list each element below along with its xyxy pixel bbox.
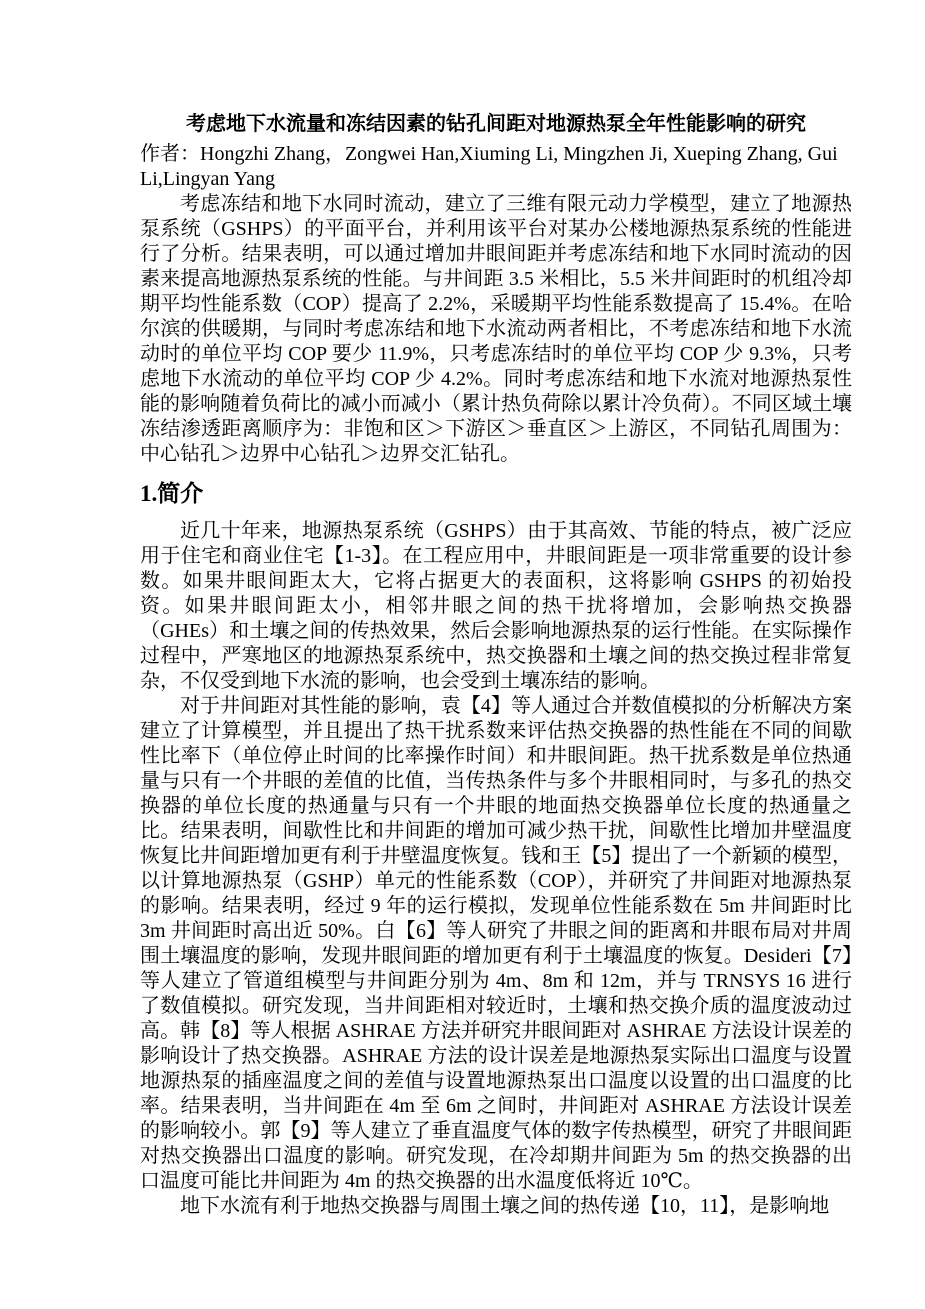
paper-title: 考虑地下水流量和冻结因素的钻孔间距对地源热泵全年性能影响的研究 bbox=[140, 110, 852, 138]
abstract-paragraph: 考虑冻结和地下水同时流动，建立了三维有限元动力学模型，建立了地源热泵系统（GSH… bbox=[140, 192, 852, 467]
document-page: 考虑地下水流量和冻结因素的钻孔间距对地源热泵全年性能影响的研究 作者：Hongz… bbox=[0, 0, 925, 1309]
intro-paragraph-3: 地下水流有利于地热交换器与周围土壤之间的热传递【10，11】，是影响地 bbox=[140, 1194, 852, 1219]
intro-paragraph-2: 对于井间距对其性能的影响，袁【4】等人通过合并数值模拟的分析解决方案建立了计算模… bbox=[140, 694, 852, 1194]
author-line: 作者：Hongzhi Zhang，Zongwei Han,Xiuming Li,… bbox=[140, 142, 852, 192]
document-content: 考虑地下水流量和冻结因素的钻孔间距对地源热泵全年性能影响的研究 作者：Hongz… bbox=[140, 110, 852, 1219]
section-heading-introduction: 1.简介 bbox=[140, 479, 852, 509]
intro-paragraph-1: 近几十年来，地源热泵系统（GSHPS）由于其高效、节能的特点，被广泛应用于住宅和… bbox=[140, 519, 852, 694]
